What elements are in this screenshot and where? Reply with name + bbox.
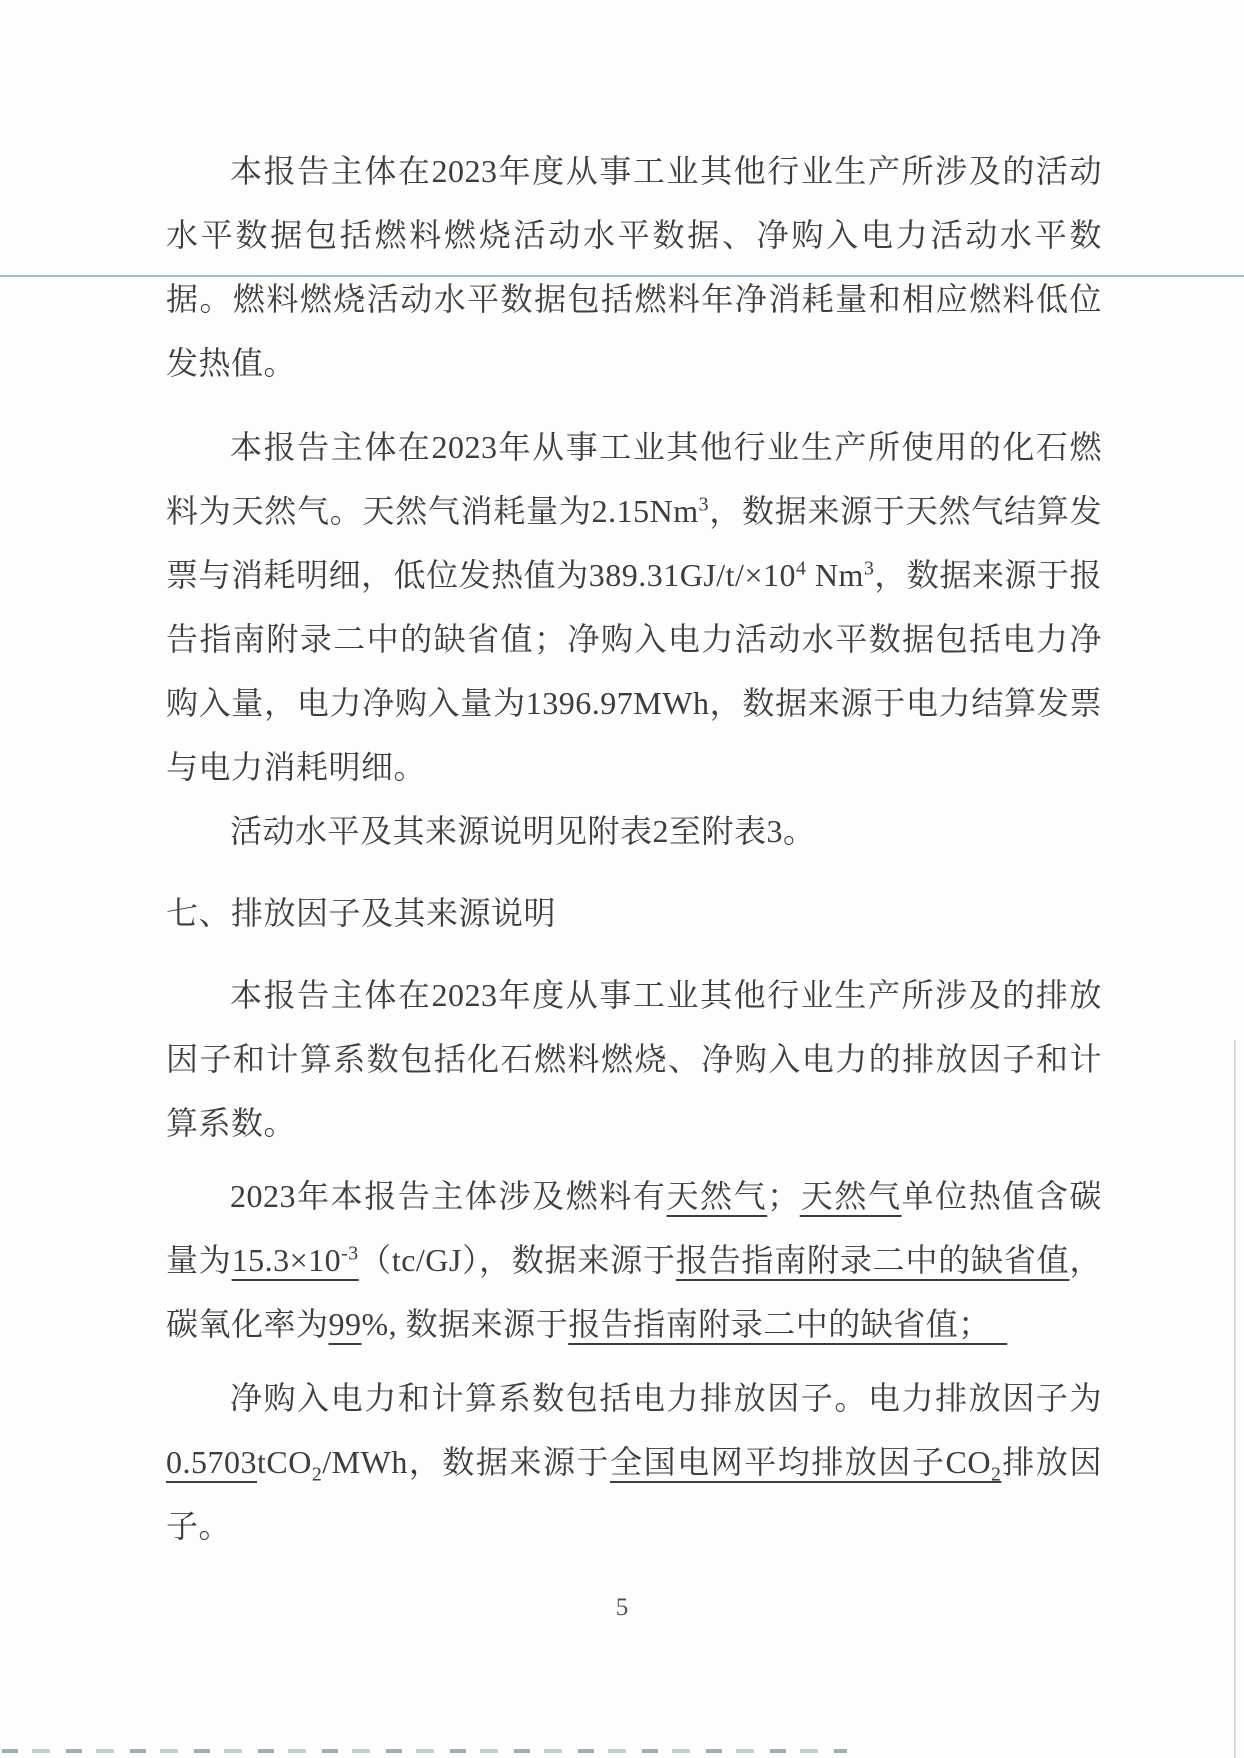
paragraph-activity-level: 本报告主体在2023年度从事工业其他行业生产所涉及的活动水平数据包括燃料燃烧活动… [166, 139, 1102, 395]
document-page: 本报告主体在2023年度从事工业其他行业生产所涉及的活动水平数据包括燃料燃烧活动… [0, 0, 1244, 1758]
underlined-grid-factor-source: 全国电网平均排放因子CO2 [610, 1444, 1001, 1480]
text-run: 净购入电力和计算系数包括电力排放因子。电力排放因子为 [230, 1380, 1102, 1416]
text-run: ； [767, 1178, 800, 1214]
scan-edge-line [1234, 1040, 1236, 1758]
underlined-fuel-name: 天然气 [800, 1178, 902, 1214]
document-body: 本报告主体在2023年度从事工业其他行业生产所涉及的活动水平数据包括燃料燃烧活动… [166, 139, 1102, 1558]
underlined-factor-value: 0.5703 [166, 1444, 257, 1480]
underlined-data-source: 报告指南附录二中的缺省值； [568, 1306, 1007, 1342]
subscript-two: 2 [991, 1463, 1001, 1485]
underlined-oxidation-rate: 99 [329, 1306, 362, 1342]
paragraph-fossil-fuel-data: 本报告主体在2023年从事工业其他行业生产所使用的化石燃料为天然气。天然气消耗量… [166, 415, 1102, 799]
text-run: /MWh，数据来源于 [322, 1444, 610, 1480]
text-run: 全国电网平均排放因子CO [610, 1444, 991, 1480]
underlined-data-source: 报告指南附录二中的缺省值 [676, 1242, 1070, 1278]
paragraph-appendix-reference: 活动水平及其来源说明见附表2至附表3。 [166, 799, 1102, 863]
underlined-fuel-name: 天然气 [666, 1178, 767, 1214]
section-heading: 七、排放因子及其来源说明 [166, 881, 1102, 945]
text-run: %, 数据来源于 [362, 1306, 569, 1342]
text-run: Nm [806, 557, 864, 593]
page-number: 5 [0, 1594, 1244, 1622]
superscript-fourth: 4 [796, 557, 806, 579]
paragraph-emission-factor-intro: 本报告主体在2023年度从事工业其他行业生产所涉及的排放因子和计算系数包括化石燃… [166, 963, 1102, 1155]
text-run: 15.3×10 [232, 1242, 342, 1278]
text-run: 2023年本报告主体涉及燃料有 [230, 1178, 666, 1214]
text-run: tCO [257, 1444, 312, 1480]
text-run: （tc/GJ），数据来源于 [359, 1242, 676, 1278]
scan-artifact-dashes [2, 1749, 847, 1753]
paragraph-fuel-carbon-content: 2023年本报告主体涉及燃料有天然气；天然气单位热值含碳量为15.3×10-3（… [166, 1164, 1102, 1356]
superscript-minus-three: -3 [341, 1242, 359, 1264]
superscript-cubed: 3 [699, 493, 709, 515]
underlined-carbon-value: 15.3×10-3 [232, 1242, 359, 1278]
paragraph-electricity-emission-factor: 净购入电力和计算系数包括电力排放因子。电力排放因子为0.5703tCO2/MWh… [166, 1366, 1102, 1558]
superscript-cubed: 3 [864, 557, 874, 579]
subscript-two: 2 [312, 1463, 322, 1485]
